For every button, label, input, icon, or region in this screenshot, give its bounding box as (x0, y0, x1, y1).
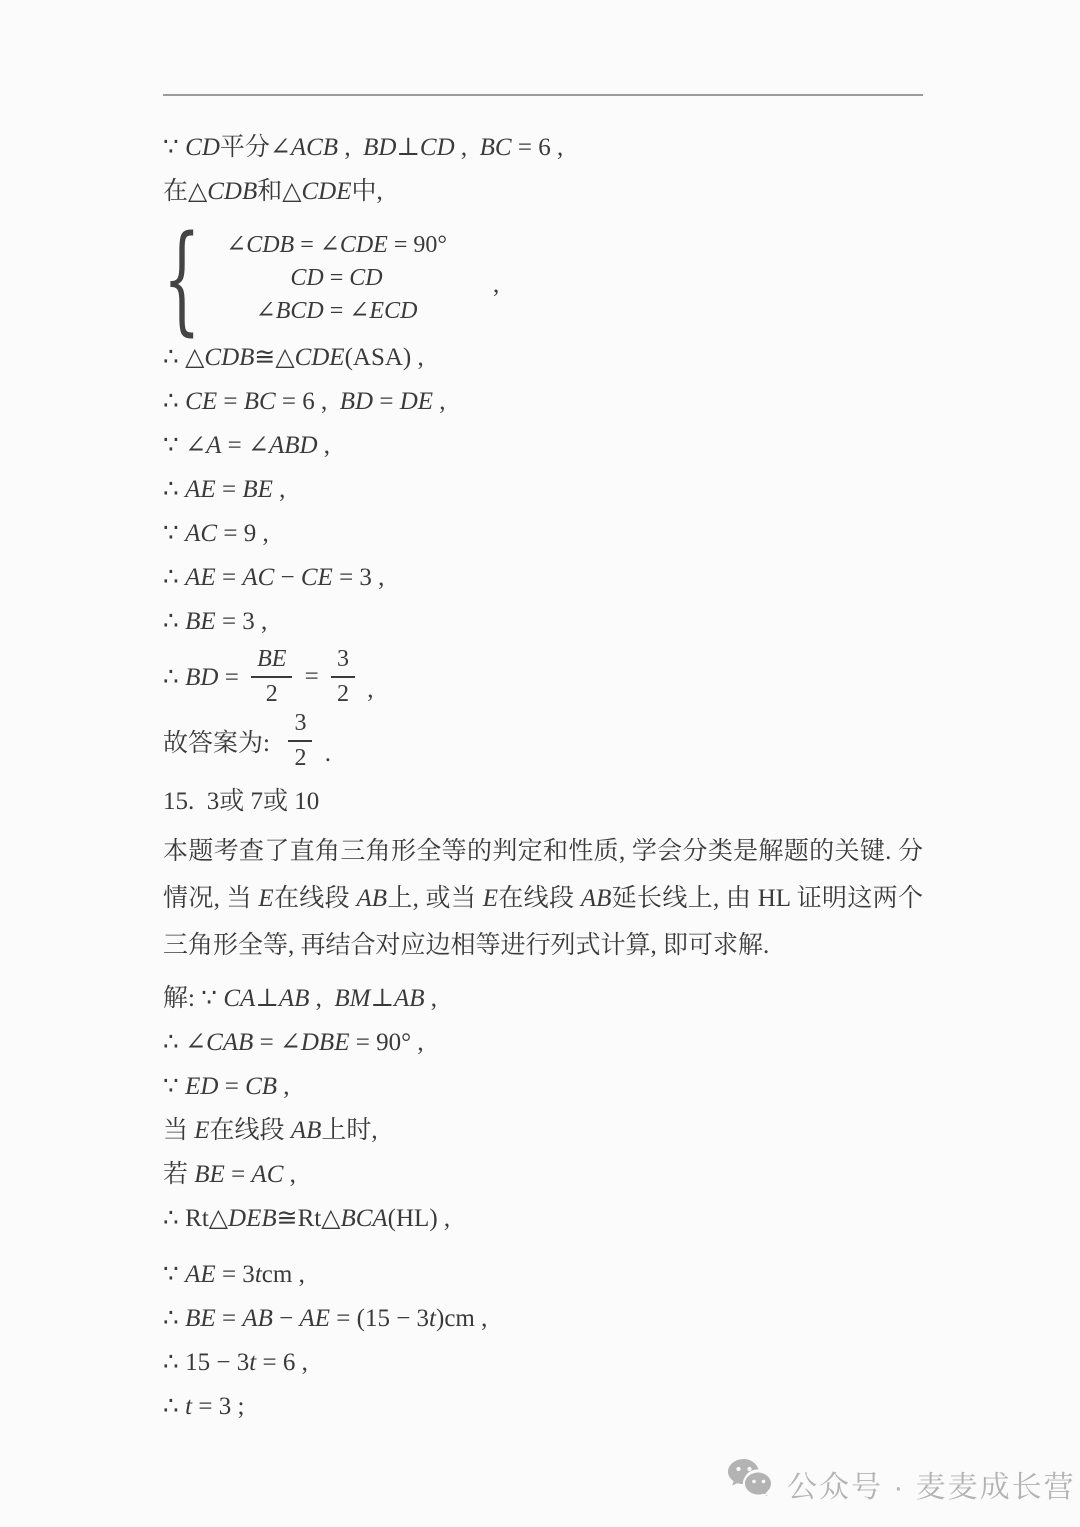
fraction-3-over-2: 3 2 (331, 646, 355, 708)
bd-formula-line: ∴ BD = BE 2 = 3 2 , (163, 646, 923, 708)
wechat-icon (727, 1458, 775, 1510)
equation-row: ∠CDB = ∠CDE = 90° (226, 229, 447, 262)
proof14-deduction-lines: ∴ △CDB≅△CDE(ASA) ,∴ CE = BC = 6 , BD = D… (163, 336, 923, 644)
wechat-watermark: 公众号 · 麦麦成长营 (727, 1458, 1076, 1510)
fraction-numerator: 3 (288, 710, 312, 742)
proof-line: ∵ ∠A = ∠ABD , (163, 424, 923, 468)
final-answer-line: 故答案为: 3 2 . (163, 710, 923, 772)
proof-line: ∴ AE = BE , (163, 468, 923, 512)
equation-row: ∠BCD = ∠ECD (226, 295, 447, 328)
proof-line: ∵ ED = CB , (163, 1065, 923, 1109)
fraction-numerator: 3 (331, 646, 355, 678)
fraction-be-over-2: BE 2 (251, 646, 292, 708)
proof-line: ∴ CE = BC = 6 , BD = DE , (163, 380, 923, 424)
fraction-3-over-2: 3 2 (288, 710, 312, 772)
formula-prefix: ∴ BD = (163, 662, 245, 692)
proof-line: ∵ AC = 9 , (163, 512, 923, 556)
fraction-denominator: 2 (266, 678, 278, 708)
proof-line: ∴ △CDB≅△CDE(ASA) , (163, 336, 923, 380)
answer-suffix: . (318, 740, 331, 772)
fraction-numerator: BE (251, 646, 292, 678)
problem15-answer: 15. 3或 7或 10 (163, 780, 923, 824)
system-comma: , (493, 257, 499, 299)
proof-line: ∴ BE = 3 , (163, 600, 923, 644)
proof-line: 若 BE = AC , (163, 1153, 923, 1197)
watermark-text: 公众号 · 麦麦成长营 (787, 1462, 1076, 1506)
equation-system-rows: ∠CDB = ∠CDE = 90°CD = CD∠BCD = ∠ECD (226, 229, 447, 328)
proof-line: 解: ∵ CA⊥AB , BM⊥AB , (163, 977, 923, 1021)
equation-row: CD = CD (226, 262, 447, 295)
problem15-case1-lines: 解: ∵ CA⊥AB , BM⊥AB ,∴ ∠CAB = ∠DBE = 90° … (163, 977, 923, 1241)
proof14-given-lines: ∵ CD平分∠ACB , BD⊥CD , BC = 6 ,在△CDB和△CDE中… (163, 126, 923, 214)
formula-suffix: , (361, 676, 374, 708)
proof-line: ∵ AE = 3tcm , (163, 1253, 923, 1297)
answer-sheet-content: ∵ CD平分∠ACB , BD⊥CD , BC = 6 ,在△CDB和△CDE中… (163, 0, 923, 1429)
equation-system: { ∠CDB = ∠CDE = 90°CD = CD∠BCD = ∠ECD , (163, 228, 923, 328)
fraction-denominator: 2 (337, 678, 349, 708)
fraction-denominator: 2 (294, 742, 306, 772)
proof-line: 当 E在线段 AB上时, (163, 1109, 923, 1153)
equals-sign: = (298, 663, 325, 691)
proof-line: ∴ 15 − 3t = 6 , (163, 1341, 923, 1385)
proof-line: ∵ CD平分∠ACB , BD⊥CD , BC = 6 , (163, 126, 923, 170)
problem15-commentary: 本题考查了直角三角形全等的判定和性质, 学会分类是解题的关键. 分情况, 当 E… (163, 828, 923, 969)
proof-line: ∴ AE = AC − CE = 3 , (163, 556, 923, 600)
proof-line: ∴ BE = AB − AE = (15 − 3t)cm , (163, 1297, 923, 1341)
top-divider (163, 94, 923, 96)
proof-line: ∴ t = 3 ; (163, 1385, 923, 1429)
document-page: { "page": { "background": "#fbfbfb", "te… (0, 0, 1080, 1527)
answer-prefix: 故答案为: (163, 723, 282, 759)
proof-line: 在△CDB和△CDE中, (163, 170, 923, 214)
left-brace: { (163, 228, 201, 328)
proof-line: ∴ ∠CAB = ∠DBE = 90° , (163, 1021, 923, 1065)
problem15-case1-calc-lines: ∵ AE = 3tcm ,∴ BE = AB − AE = (15 − 3t)c… (163, 1253, 923, 1429)
proof-line: ∴ Rt△DEB≅Rt△BCA(HL) , (163, 1197, 923, 1241)
